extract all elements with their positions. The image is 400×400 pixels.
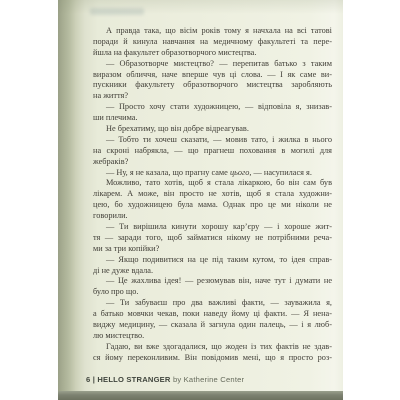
text-line: Можливо, тато хотів, щоб я стала лікарко… <box>93 178 332 189</box>
text-line: Гадаю, ви вже здогадалися, що жоден із т… <box>93 342 332 353</box>
text-line: — Тобто ти хочеш сказати, — мовив тато, … <box>93 135 332 146</box>
text-line: говорили. <box>93 211 332 222</box>
text-line: — Ти вирішила кинути хорошу кар’єру — і … <box>93 222 332 233</box>
text-line: ся йому переконливим. Він повідомив мені… <box>93 353 332 364</box>
text-line: пускники факультету образотворчого мисте… <box>93 80 332 91</box>
text-line: — Якщо подивитися на це під таким кутом,… <box>93 255 332 266</box>
page-footer: 6 | HELLO STRANGER by Katherine Center <box>86 375 244 384</box>
text-line: поради й кинула навчання на медичному фа… <box>93 37 332 48</box>
text-line: було про що. <box>93 287 332 298</box>
book-page-photo: А правда така, що вісім років тому я нач… <box>58 0 343 400</box>
text-line: ши плечима. <box>93 113 332 124</box>
photo-bottom-band <box>58 391 343 400</box>
page-bleed-through <box>90 8 144 15</box>
text-line: цею, бо художницею була мама. Однак про … <box>93 200 332 211</box>
text-line: на життя? <box>93 91 332 102</box>
text-block: А правда така, що вісім років тому я нач… <box>93 26 332 364</box>
text-line: лікарем. А може, він просто не хотів, що… <box>93 189 332 200</box>
text-segment: , — насупилася я. <box>249 168 312 177</box>
text-line: — Це жахлива ідея! — резюмував він, наче… <box>93 276 332 287</box>
text-line: — Ти забуваєш про два важливі факти, — з… <box>93 298 332 309</box>
text-line: — Образотворче мистецтво? — перепитав ба… <box>93 59 332 70</box>
text-line: виразом обличчя, наче вперше чув ці слов… <box>93 70 332 81</box>
text-line: — Просто хочу стати художницею, — відпов… <box>93 102 332 113</box>
text-line: ді не дуже вдала. <box>93 266 332 277</box>
text-segment: — Ну, я не казала, що прагну саме <box>106 168 230 177</box>
text-line: А правда така, що вісім років тому я нач… <box>93 26 332 37</box>
text-line: ми за три копійки? <box>93 244 332 255</box>
text-line: жебраків? <box>93 157 332 168</box>
text-line: — Ну, я не казала, що прагну саме цього,… <box>93 168 332 179</box>
text-line: на скроні набрякла, — що прагнеш похован… <box>93 146 332 157</box>
text-line: Не брехатиму, що він добре відреагував. <box>93 124 332 135</box>
text-line: лю мистецтво. <box>93 331 332 342</box>
footer-page-label: 6 | HELLO STRANGER <box>86 375 171 384</box>
footer-byline: by Katherine Center <box>173 375 244 384</box>
text-line: йшла на факультет образотворчого мистецт… <box>93 48 332 59</box>
emphasized-word: цього <box>230 168 249 177</box>
text-line: тя — заради того, щоб займатися нікому н… <box>93 233 332 244</box>
text-line: а батько мовчки чекав, поки наведу йому … <box>93 309 332 320</box>
text-line: виджу медицину, — сказала й загнула один… <box>93 320 332 331</box>
